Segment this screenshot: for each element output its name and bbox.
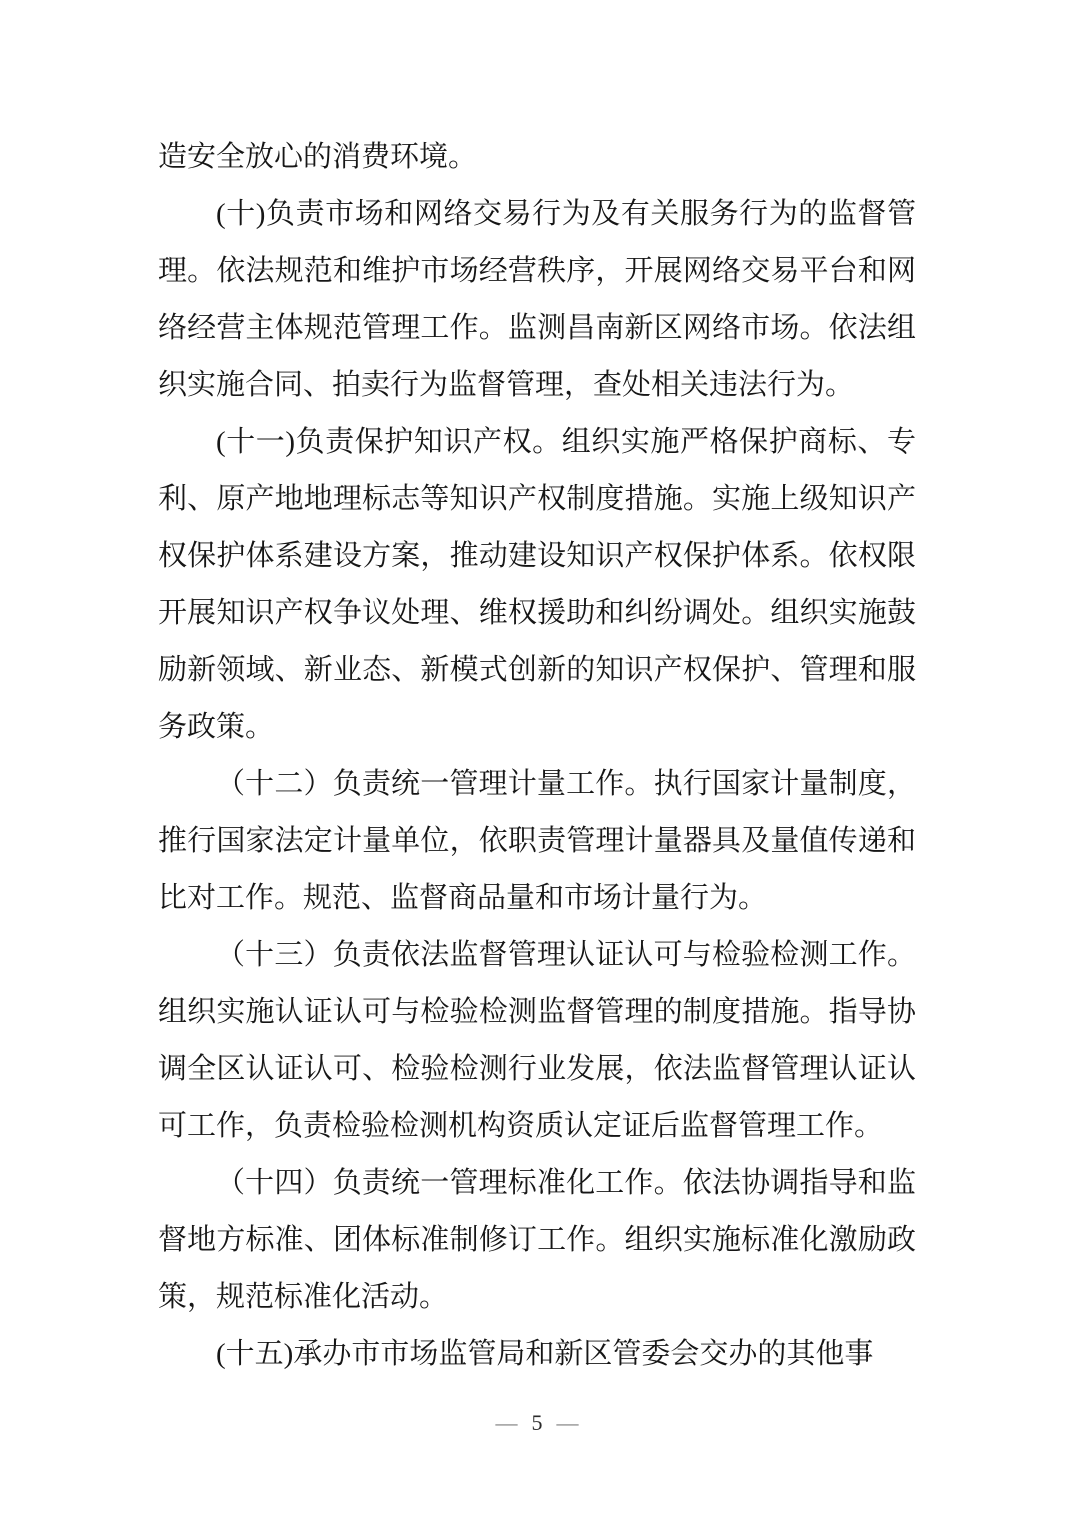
document-text-body: 造安全放心的消费环境。 (十)负责市场和网络交易行为及有关服务行为的监督管理。依… (158, 129, 916, 1383)
paragraph-item-13: （十三）负责依法监督管理认证认可与检验检测工作。组织实施认证认可与检验检测监督管… (158, 927, 916, 1155)
paragraph-item-11: (十一)负责保护知识产权。组织实施严格保护商标、专利、原产地地理标志等知识产权制… (158, 414, 916, 756)
paragraph-item-10: (十)负责市场和网络交易行为及有关服务行为的监督管理。依法规范和维护市场经营秩序… (158, 186, 916, 414)
paragraph-item-12: （十二）负责统一管理计量工作。执行国家计量制度，推行国家法定计量单位，依职责管理… (158, 756, 916, 927)
paragraph-item-14: （十四）负责统一管理标准化工作。依法协调指导和监督地方标准、团体标准制修订工作。… (158, 1155, 916, 1326)
footer-dash-left: — (496, 1410, 518, 1435)
paragraph-item-15: (十五)承办市市场监管局和新区管委会交办的其他事 (158, 1326, 916, 1383)
page-footer: —5— (0, 1406, 1074, 1440)
document-page: { "document": { "paragraphs": [ "造安全放心的消… (0, 0, 1074, 1520)
paragraph-continuation: 造安全放心的消费环境。 (158, 129, 916, 186)
footer-dash-right: — (557, 1410, 579, 1435)
page-number: 5 (532, 1406, 543, 1440)
